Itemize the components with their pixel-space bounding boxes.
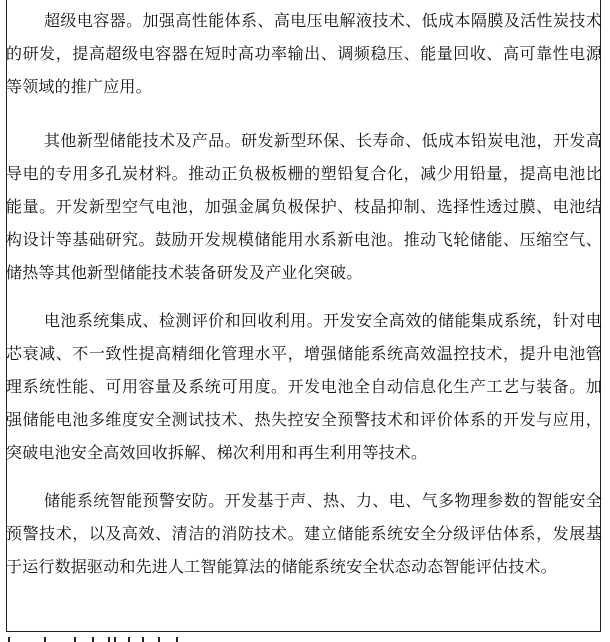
paragraph-other-storage-tech: 其他新型储能技术及产品。研发新型环保、长寿命、低成本铅炭电池，开发高导电的专用多…	[6, 124, 602, 289]
cutoff-next-line	[6, 637, 186, 642]
paragraph-smart-safety-warning: 储能系统智能预警安防。开发基于声、热、力、电、气多物理参数的智能安全预警技术，以…	[6, 484, 602, 583]
paragraph-supercapacitor: 超级电容器。加强高性能体系、高电压电解液技术、低成本隔膜及活性炭技术的研发，提高…	[6, 4, 602, 103]
paragraph-battery-system-integration: 电池系统集成、检测评价和回收利用。开发安全高效的储能集成系统，针对电芯衰减、不一…	[6, 304, 602, 469]
